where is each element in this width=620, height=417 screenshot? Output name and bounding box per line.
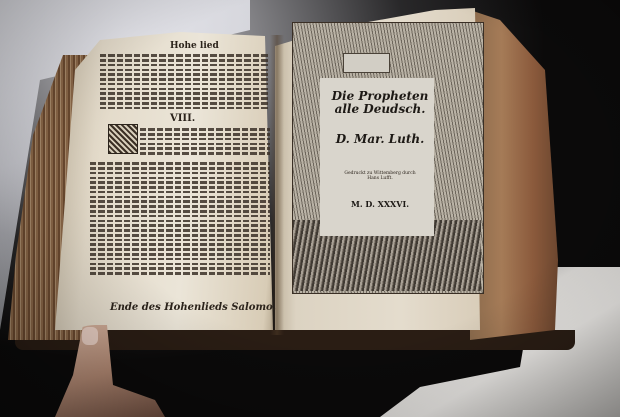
author-name: D. Mar. Luth. <box>330 132 430 146</box>
decorated-initial <box>108 124 138 154</box>
closing-line: Ende des Hohenlieds Salomo. <box>110 302 276 313</box>
chapter-number: VIII. <box>170 113 195 124</box>
publication-year: M. D. XXXVI. <box>330 199 430 209</box>
running-head: Hohe lied <box>170 41 219 51</box>
imprint: Gedruckt zu Wittemberg durch Hans Lufft. <box>330 171 430 181</box>
left-page-body-text <box>100 52 270 112</box>
left-page-body-text-3 <box>90 160 270 277</box>
woodcut-label-cartouche <box>343 53 390 73</box>
book-title: Die Propheten alle Deudsch. <box>330 90 430 116</box>
left-page-body-text-2 <box>140 126 270 157</box>
thumbnail <box>82 327 98 345</box>
book-gutter <box>270 35 284 335</box>
book-photo: Hohe lied VIII. Ende des Hohenlieds Salo… <box>0 0 620 417</box>
